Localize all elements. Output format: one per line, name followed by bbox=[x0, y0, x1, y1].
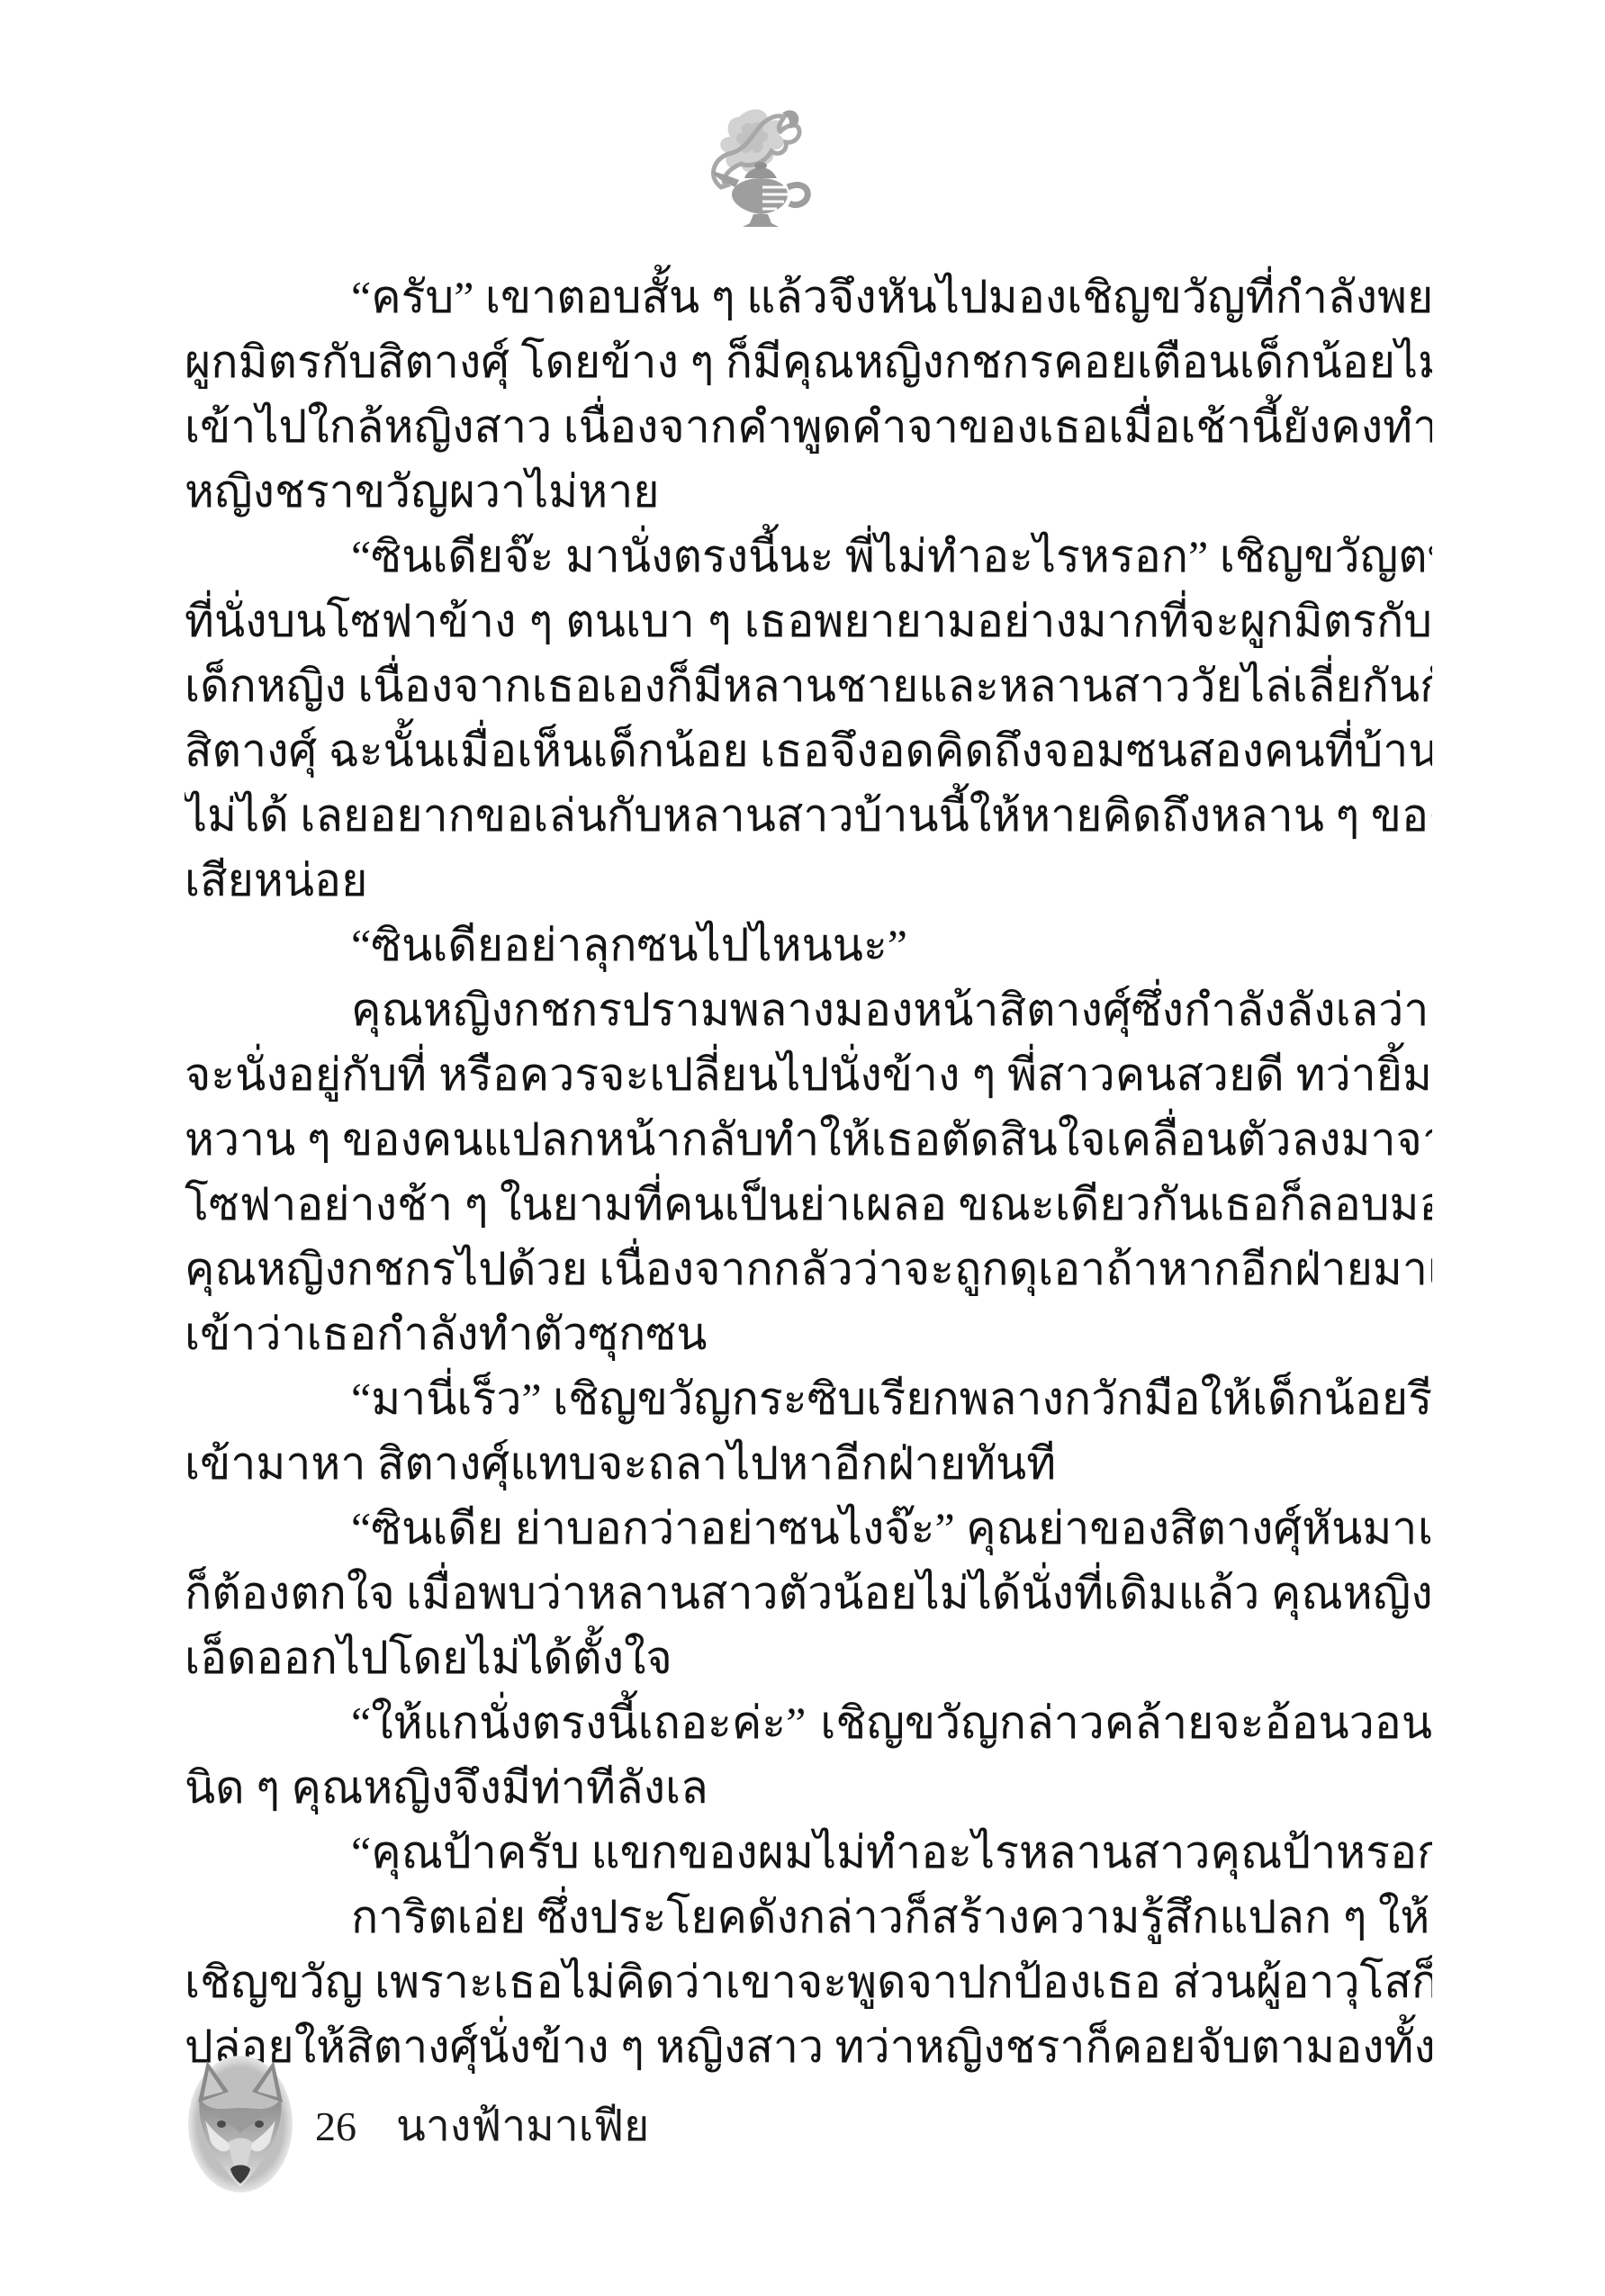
text-line: จะนั่งอยู่กับที่ หรือควรจะเปลี่ยนไปนั่งข… bbox=[185, 1042, 1432, 1107]
text-line: “ครับ” เขาตอบสั้น ๆ แล้วจึงหันไปมองเชิญข… bbox=[185, 265, 1432, 329]
text-line: สิตางศุ์ ฉะนั้นเมื่อเห็นเด็กน้อย เธอจึงอ… bbox=[185, 718, 1432, 783]
page-number: 26 bbox=[315, 2102, 356, 2150]
text-line: “ซินเดียอย่าลุกซนไปไหนนะ” bbox=[185, 913, 1432, 977]
book-title: นางฟ้ามาเฟีย bbox=[396, 2092, 649, 2160]
fox-head-logo-icon bbox=[187, 2056, 293, 2198]
text-line: หญิงชราขวัญผวาไม่หาย bbox=[185, 459, 1432, 524]
text-line: “ซินเดียจ๊ะ มานั่งตรงนี้นะ พี่ไม่ทำอะไรห… bbox=[185, 524, 1432, 589]
text-body: “ครับ” เขาตอบสั้น ๆ แล้วจึงหันไปมองเชิญข… bbox=[185, 265, 1432, 2079]
text-line: เสียหน่อย bbox=[185, 848, 1432, 913]
text-line: คุณหญิงกชกรปรามพลางมองหน้าสิตางศุ์ซึ่งกำ… bbox=[185, 977, 1432, 1042]
text-line: เอ็ดออกไปโดยไม่ได้ตั้งใจ bbox=[185, 1625, 1432, 1690]
text-line: ไม่ได้ เลยอยากขอเล่นกับหลานสาวบ้านนี้ให้… bbox=[185, 783, 1432, 848]
text-line: “ให้แกนั่งตรงนี้เถอะค่ะ” เชิญขวัญกล่าวคล… bbox=[185, 1690, 1432, 1755]
text-line: “คุณป้าครับ แขกของผมไม่ทำอะไรหลานสาวคุณป… bbox=[185, 1820, 1432, 1885]
book-page: “ครับ” เขาตอบสั้น ๆ แล้วจึงหันไปมองเชิญข… bbox=[0, 0, 1605, 2296]
text-line: คุณหญิงกชกรไปด้วย เนื่องจากกลัวว่าจะถูกด… bbox=[185, 1237, 1432, 1301]
text-line: “มานี่เร็ว” เชิญขวัญกระซิบเรียกพลางกวักม… bbox=[185, 1366, 1432, 1431]
genie-lamp-ornament-icon bbox=[705, 101, 820, 232]
text-line: เชิญขวัญ เพราะเธอไม่คิดว่าเขาจะพูดจาปกป้… bbox=[185, 1949, 1432, 2014]
text-line: ผูกมิตรกับสิตางศุ์ โดยข้าง ๆ ก็มีคุณหญิง… bbox=[185, 329, 1432, 394]
page-footer: 26 นางฟ้ามาเฟีย bbox=[0, 2052, 1605, 2205]
text-line: ที่นั่งบนโซฟาข้าง ๆ ตนเบา ๆ เธอพยายามอย่… bbox=[185, 589, 1432, 653]
text-line: ก็ต้องตกใจ เมื่อพบว่าหลานสาวตัวน้อยไม่ได… bbox=[185, 1561, 1432, 1625]
text-line: โซฟาอย่างช้า ๆ ในยามที่คนเป็นย่าเผลอ ขณะ… bbox=[185, 1172, 1432, 1237]
text-line: หวาน ๆ ของคนแปลกหน้ากลับทำให้เธอตัดสินใจ… bbox=[185, 1107, 1432, 1172]
text-line: เข้าว่าเธอกำลังทำตัวซุกซน bbox=[185, 1301, 1432, 1366]
text-line: เข้ามาหา สิตางศุ์แทบจะถลาไปหาอีกฝ่ายทันท… bbox=[185, 1431, 1432, 1496]
text-line: การิตเอ่ย ซึ่งประโยคดังกล่าวก็สร้างความร… bbox=[185, 1885, 1432, 1949]
text-line: เข้าไปใกล้หญิงสาว เนื่องจากคำพูดคำจาของเ… bbox=[185, 394, 1432, 459]
text-line: “ซินเดีย ย่าบอกว่าอย่าซนไงจ๊ะ” คุณย่าของ… bbox=[185, 1496, 1432, 1561]
text-line: เด็กหญิง เนื่องจากเธอเองก็มีหลานชายและหล… bbox=[185, 653, 1432, 718]
footer-text: 26 นางฟ้ามาเฟีย bbox=[315, 2093, 649, 2158]
text-line: นิด ๆ คุณหญิงจึงมีท่าทีลังเล bbox=[185, 1755, 1432, 1820]
